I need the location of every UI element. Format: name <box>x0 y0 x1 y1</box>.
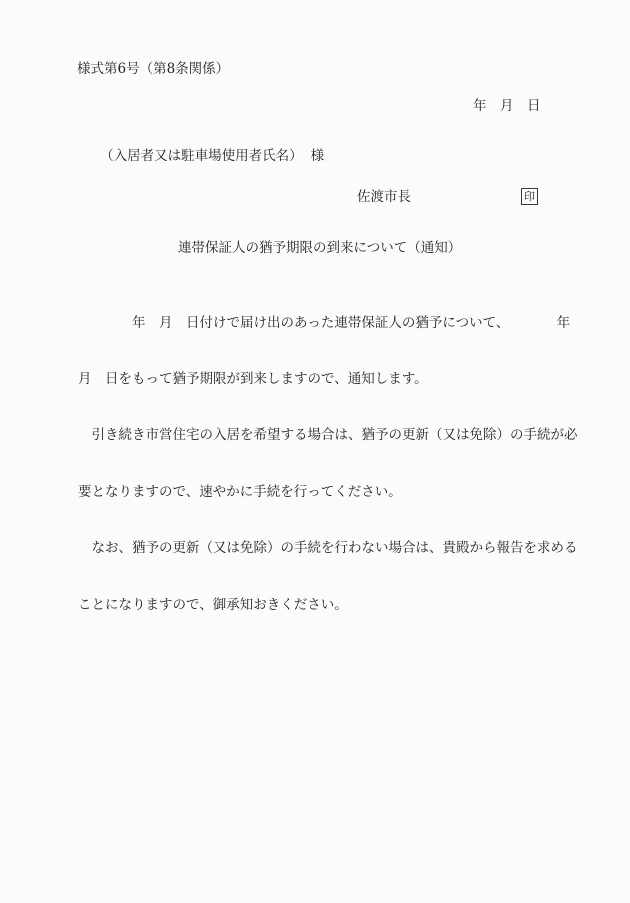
document-page: 様式第6号（第8条関係） 年 月 日 （入居者又は駐車場使用者氏名）様 佐渡市長… <box>0 0 630 903</box>
body-line: 月 日をもって猶予期限が到来しますので、通知します。 <box>78 370 578 389</box>
body-line: 引き続き市営住宅の入居を希望する場合は、猶予の更新（又は免除）の手続が必 <box>78 426 578 445</box>
addressee-placeholder: （入居者又は駐車場使用者氏名） <box>100 148 303 164</box>
sender-line: 佐渡市長 印 <box>0 190 630 208</box>
addressee-line: （入居者又は駐車場使用者氏名）様 <box>83 134 324 179</box>
body-line: ことになりますので、御承知おきください。 <box>78 596 578 615</box>
document-title: 連帯保証人の猶予期限の到来について（通知） <box>178 241 461 256</box>
body-line: 年 月 日付けで届け出のあった連帯保証人の猶予について、 年 <box>78 314 578 333</box>
seal-mark: 印 <box>521 188 538 205</box>
document-body: 年 月 日付けで届け出のあった連帯保証人の猶予について、 年 月 日をもって猶予… <box>78 276 578 652</box>
body-line: なお、猶予の更新（又は免除）の手続を行わない場合は、貴殿から報告を求める <box>78 539 578 558</box>
date-line: 年 月 日 <box>473 99 541 114</box>
addressee-honorific: 様 <box>311 148 325 164</box>
form-number: 様式第6号（第8条関係） <box>77 62 229 77</box>
sender-name: 佐渡市長 <box>357 190 411 205</box>
body-line: 要となりますので、速やかに手続を行ってください。 <box>78 483 578 502</box>
